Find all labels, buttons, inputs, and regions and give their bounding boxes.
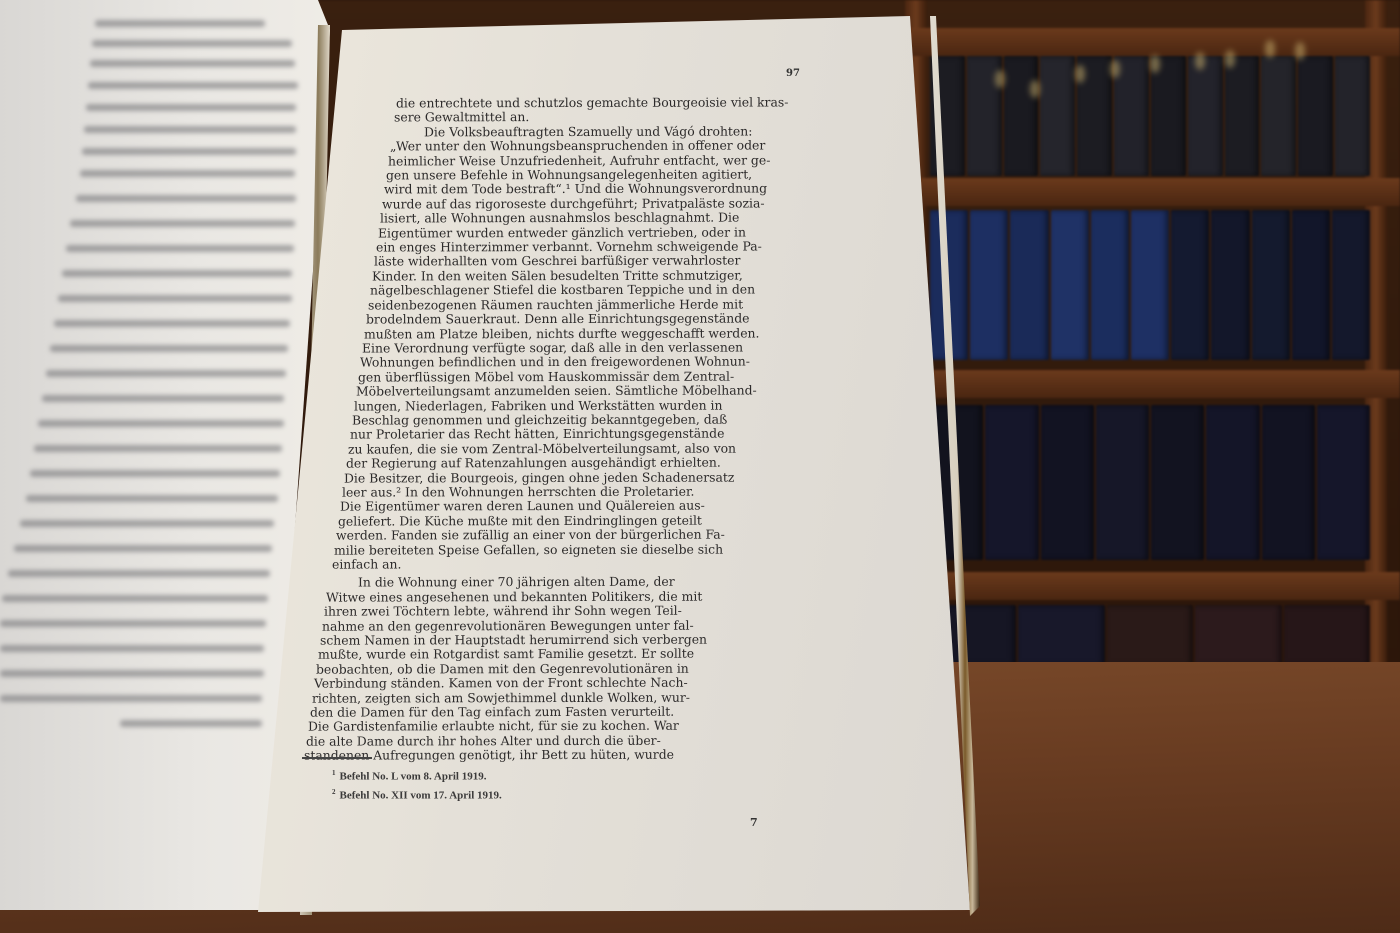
left-page-blurred-text <box>0 0 300 910</box>
footnote-text: Befehl No. XII vom 17. April 1919. <box>340 789 502 801</box>
footnote-mark: 1 <box>332 769 336 777</box>
footnote-2: 2Befehl No. XII vom 17. April 1919. <box>332 785 502 804</box>
shelf-board <box>910 572 1400 600</box>
text-line: die entrechtete und schutzlos gemachte B… <box>340 95 790 111</box>
body-text: die entrechtete und schutzlos gemachte B… <box>340 95 790 763</box>
footnote-mark: 2 <box>332 788 336 796</box>
shelf-board <box>910 370 1400 398</box>
shelf-board <box>910 178 1400 206</box>
footnote-1: 1Befehl No. L vom 8. April 1919. <box>332 766 502 785</box>
text-line: einfach an. <box>332 556 790 572</box>
text-line: ihren zwei Töchtern lebte, während ihr S… <box>324 604 790 620</box>
text-line: milie bereiteten Speise Gefallen, so eig… <box>334 542 790 558</box>
footnotes: 1Befehl No. L vom 8. April 1919. 2Befehl… <box>332 766 502 803</box>
footnote-text: Befehl No. L vom 8. April 1919. <box>340 771 487 783</box>
text-line: Verbindung ständen. Kamen von der Front … <box>314 676 790 692</box>
shelf-board <box>910 28 1400 56</box>
page-number: 97 <box>786 68 800 79</box>
text-line: Möbelverteilungsamt anzumelden seien. Sä… <box>340 384 790 400</box>
footnote-rule <box>302 757 372 759</box>
shelf-row-dark <box>920 405 1380 560</box>
text-line: standenen Aufregungen genötigt, ihr Bett… <box>304 748 790 764</box>
shelf-row-blue <box>920 210 1380 360</box>
shelf-row-top <box>920 56 1380 176</box>
shelf-row-bottom <box>920 605 1380 665</box>
signature-mark: 7 <box>750 816 758 829</box>
